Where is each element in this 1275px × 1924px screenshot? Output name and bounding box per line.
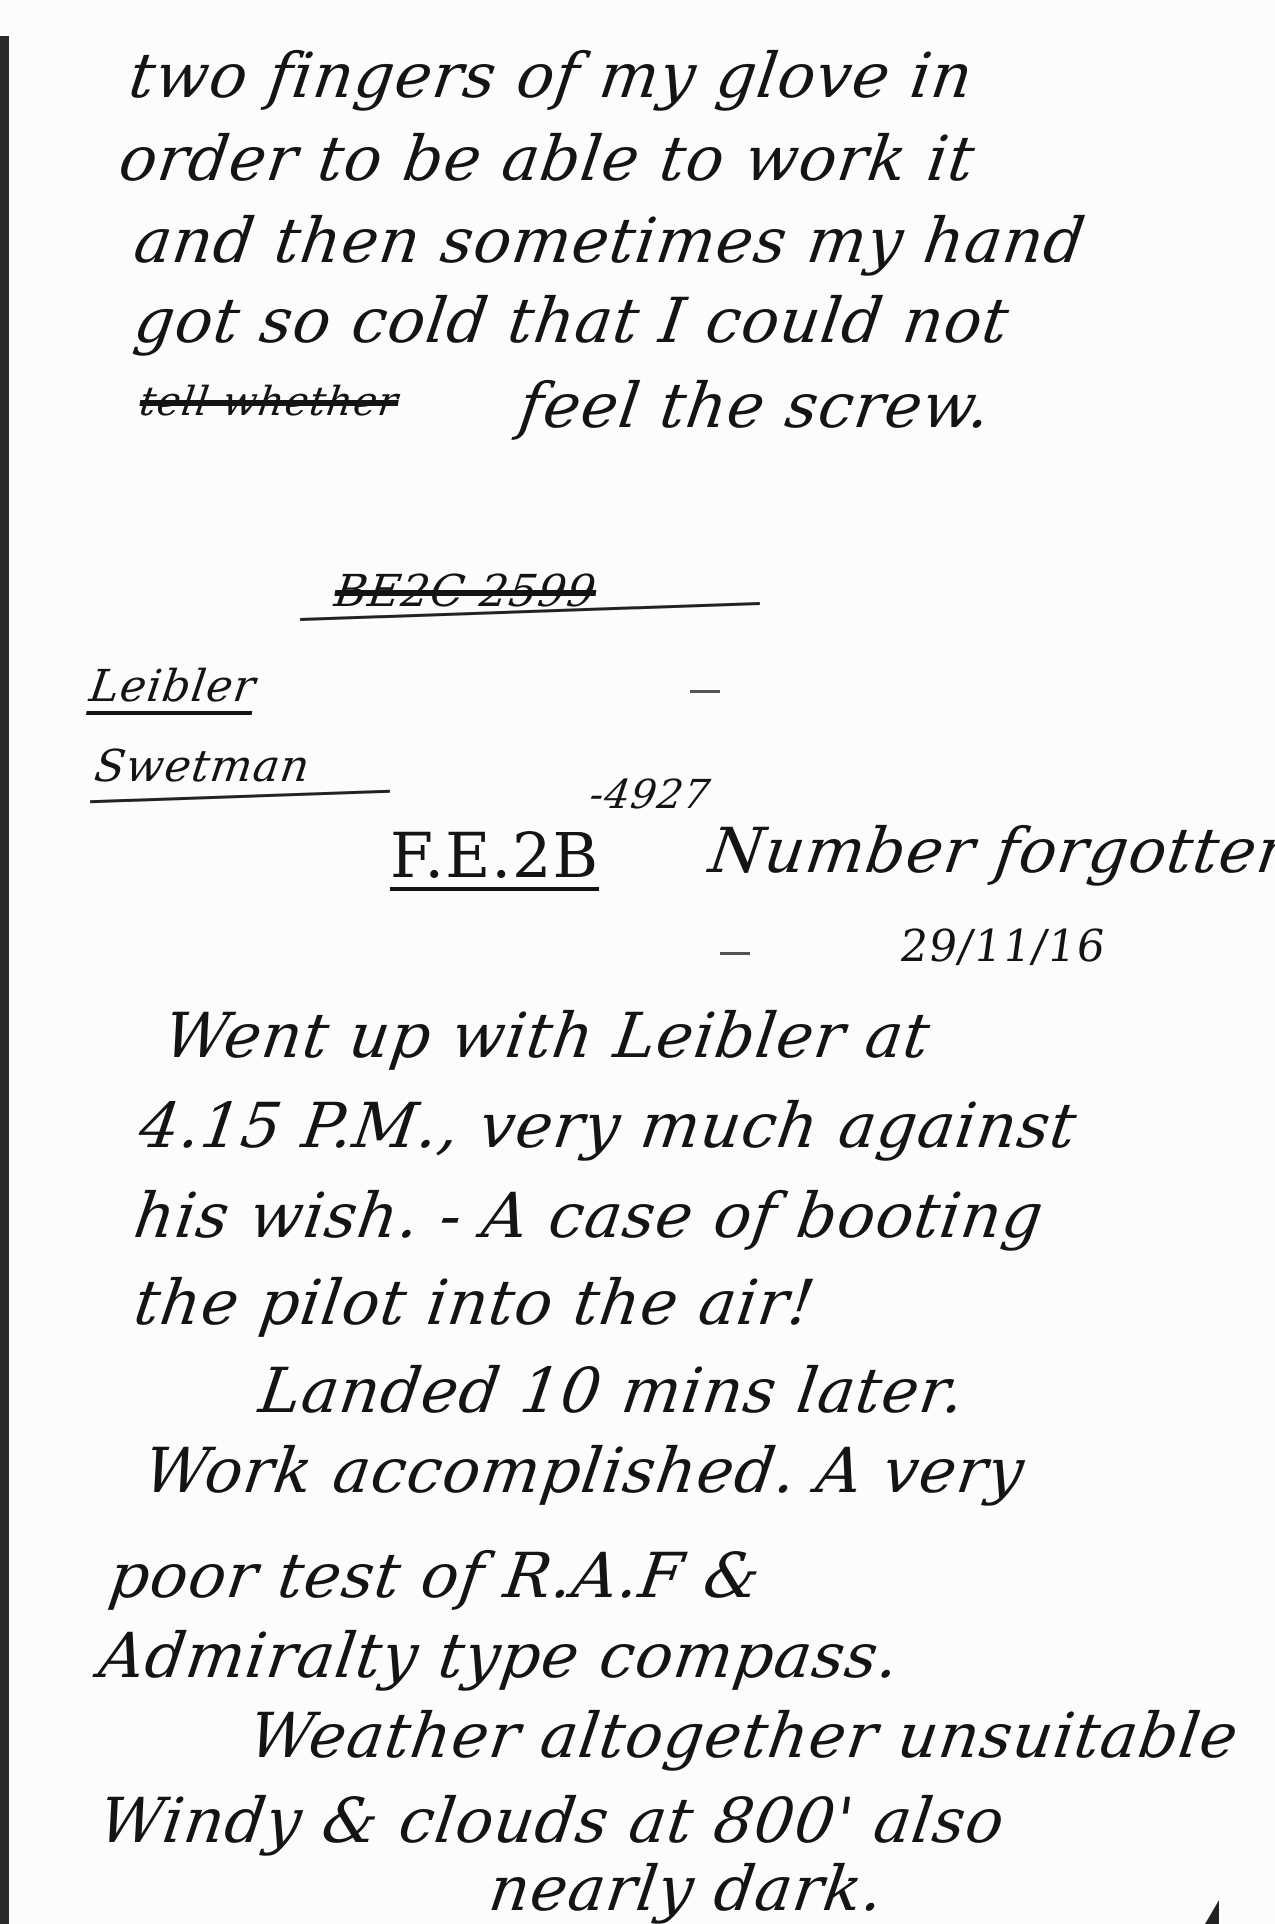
text-line: Went up with Leibler at (161, 1005, 935, 1067)
text-line: got so cold that I could not (131, 290, 1013, 352)
aircraft-note: Number forgotten. (706, 820, 1275, 882)
text-line: Windy & clouds at 800' also (96, 1790, 1009, 1852)
text-line: Landed 10 mins later. (256, 1360, 969, 1422)
margin-name-1: Leibler (87, 665, 259, 709)
entry-date: 29/11/16 (897, 925, 1109, 969)
logbook-page: two fingers of my glove in order to be a… (0, 0, 1275, 1924)
dash-mark (720, 952, 750, 955)
text-line: his wish. - A case of booting (131, 1185, 1048, 1247)
text-line: the pilot into the air! (131, 1272, 820, 1334)
dash-mark (690, 690, 720, 693)
text-line: feel the screw. (516, 375, 995, 437)
struck-heading: BE2C 2599 (332, 570, 599, 614)
margin-name-2: Swetman (92, 745, 313, 789)
page-binding-edge (0, 36, 9, 1924)
text-line: Weather altogether unsuitable (246, 1705, 1243, 1767)
aircraft-serial-superscript: -4927 (587, 775, 713, 815)
text-line: 4.15 P.M., very much against (136, 1095, 1081, 1157)
aircraft-type: F.E.2B (390, 825, 599, 887)
struck-text: tell whether (137, 382, 401, 422)
text-line: Admiralty type compass. (96, 1625, 904, 1687)
text-line: order to be able to work it (116, 128, 979, 190)
corner-ink-mark (1205, 1900, 1219, 1924)
text-line: nearly dark. (486, 1858, 888, 1920)
text-line: two fingers of my glove in (126, 45, 978, 107)
text-line: and then sometimes my hand (131, 210, 1090, 272)
text-line: Work accomplished. A very (141, 1440, 1029, 1502)
text-line: poor test of R.A.F & (106, 1545, 765, 1607)
